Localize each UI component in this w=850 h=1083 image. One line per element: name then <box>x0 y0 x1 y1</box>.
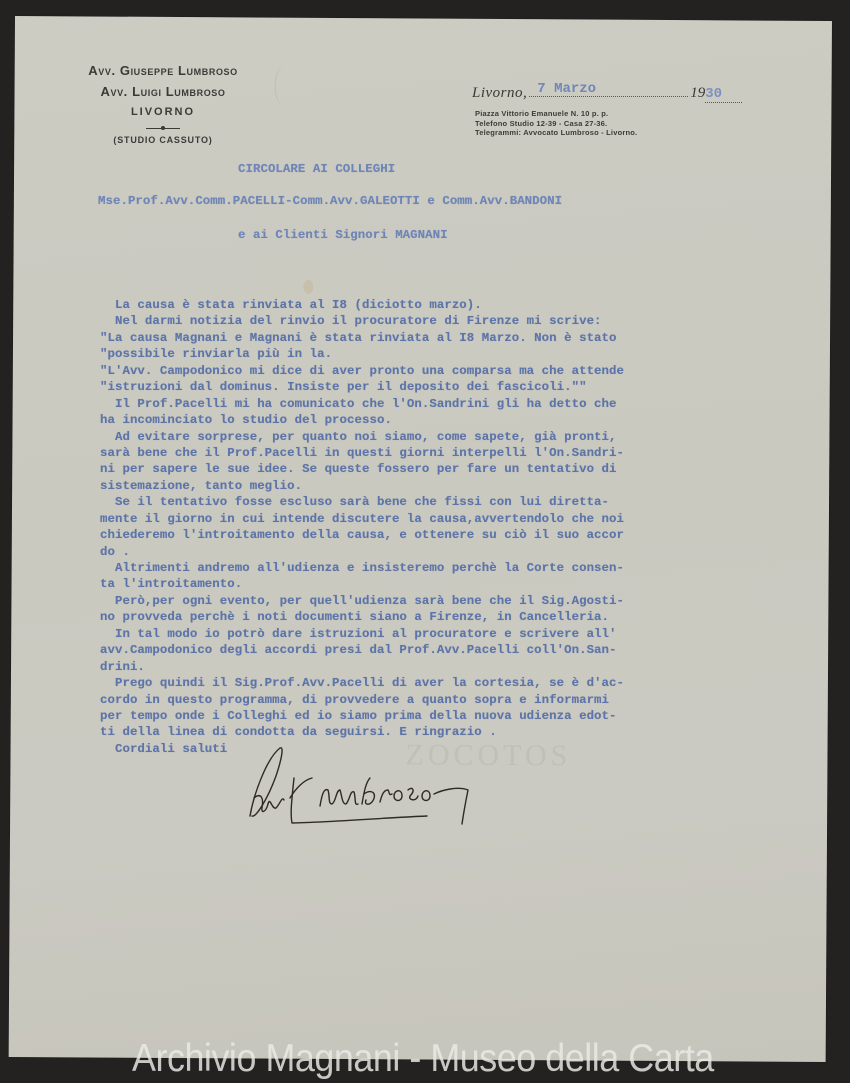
letterhead-lawyer-2: Avv. Luigi Lumbroso <box>78 81 248 102</box>
body-line: per tempo onde i Colleghi ed io siamo pr… <box>100 708 770 724</box>
address-street: Piazza Vittorio Emanuele N. 10 p. p. <box>475 109 742 119</box>
body-line: "La causa Magnani e Magnani è stata rinv… <box>100 330 770 346</box>
paper-stain <box>303 280 313 294</box>
typed-date: 7 Marzo <box>537 81 596 97</box>
address-phone: Telefono Studio 12-39 - Casa 27-36. <box>475 119 742 129</box>
letterhead-lawyer-1: Avv. Giuseppe Lumbroso <box>78 60 248 81</box>
archive-watermark: Archivio Magnani - Museo della Carta <box>132 1037 714 1081</box>
body-line: ni per sapere le sue idee. Se queste fos… <box>100 461 770 477</box>
letterhead: Avv. Giuseppe Lumbroso Avv. Luigi Lumbro… <box>78 60 248 145</box>
circular-title: CIRCOLARE AI COLLEGHI <box>238 162 395 176</box>
address-lines: Piazza Vittorio Emanuele N. 10 p. p. Tel… <box>472 109 742 138</box>
paper-crease <box>274 66 293 106</box>
date-line: Livorno, 7 Marzo 19 30 <box>472 82 742 104</box>
signature-icon <box>232 738 482 828</box>
body-line: drini. <box>100 659 770 675</box>
body-line: La causa è stata rinviata al I8 (diciott… <box>100 297 770 313</box>
letterhead-city: LIVORNO <box>78 102 248 122</box>
body-line: Però,per ogni evento, per quell'udienza … <box>100 593 770 609</box>
body-line: ta l'introitamento. <box>100 576 770 592</box>
body-line: mente il giorno in cui intende discutere… <box>100 511 770 527</box>
body-line: Il Prof.Pacelli mi ha comunicato che l'O… <box>100 396 770 412</box>
date-year-typed: 30 <box>705 86 742 103</box>
body-line: Nel darmi notizia del rinvio il procurat… <box>100 313 770 329</box>
body-line: In tal modo io potrò dare istruzioni al … <box>100 626 770 642</box>
body-line: cordo in questo programma, di provvedere… <box>100 692 770 708</box>
body-line: "istruzioni dal dominus. Insiste per il … <box>100 379 770 395</box>
body-line: Ad evitare sorprese, per quanto noi siam… <box>100 429 770 445</box>
body-line: chiederemo l'introitamento della causa, … <box>100 527 770 543</box>
addressees-line: Mse.Prof.Avv.Comm.PACELLI-Comm.Avv.GALEO… <box>98 194 562 208</box>
date-city: Livorno, <box>472 85 527 102</box>
body-line: do . <box>100 544 770 560</box>
body-line: avv.Campodonico degli accordi presi dal … <box>100 642 770 658</box>
body-line: Se il tentativo fosse escluso sarà bene … <box>100 494 770 510</box>
clients-line: e ai Clienti Signori MAGNANI <box>238 228 448 242</box>
body-line: "L'Avv. Campodonico mi dice di aver pron… <box>100 363 770 379</box>
letterhead-studio: (STUDIO CASSUTO) <box>78 135 248 145</box>
date-year-prefix: 19 <box>690 85 705 102</box>
body-line: ha incominciato lo studio del processo. <box>100 412 770 428</box>
body-line: "possibile rinviarla più in la. <box>100 346 770 362</box>
date-block: Livorno, 7 Marzo 19 30 Piazza Vittorio E… <box>472 82 742 138</box>
body-line: sarà bene che il Prof.Pacelli in questi … <box>100 445 770 461</box>
body-line: no provveda perchè i noti documenti sian… <box>100 609 770 625</box>
body-line: Prego quindi il Sig.Prof.Avv.Pacelli di … <box>100 675 770 691</box>
address-telegram: Telegrammi: Avvocato Lumbroso - Livorno. <box>475 128 742 138</box>
body-line: Altrimenti andremo all'udienza e insiste… <box>100 560 770 576</box>
ornament-divider-icon <box>146 128 180 129</box>
letter-body: La causa è stata rinviata al I8 (diciott… <box>100 297 770 757</box>
body-line: sistemazione, tanto meglio. <box>100 478 770 494</box>
date-dotted-field: 7 Marzo <box>529 82 688 97</box>
